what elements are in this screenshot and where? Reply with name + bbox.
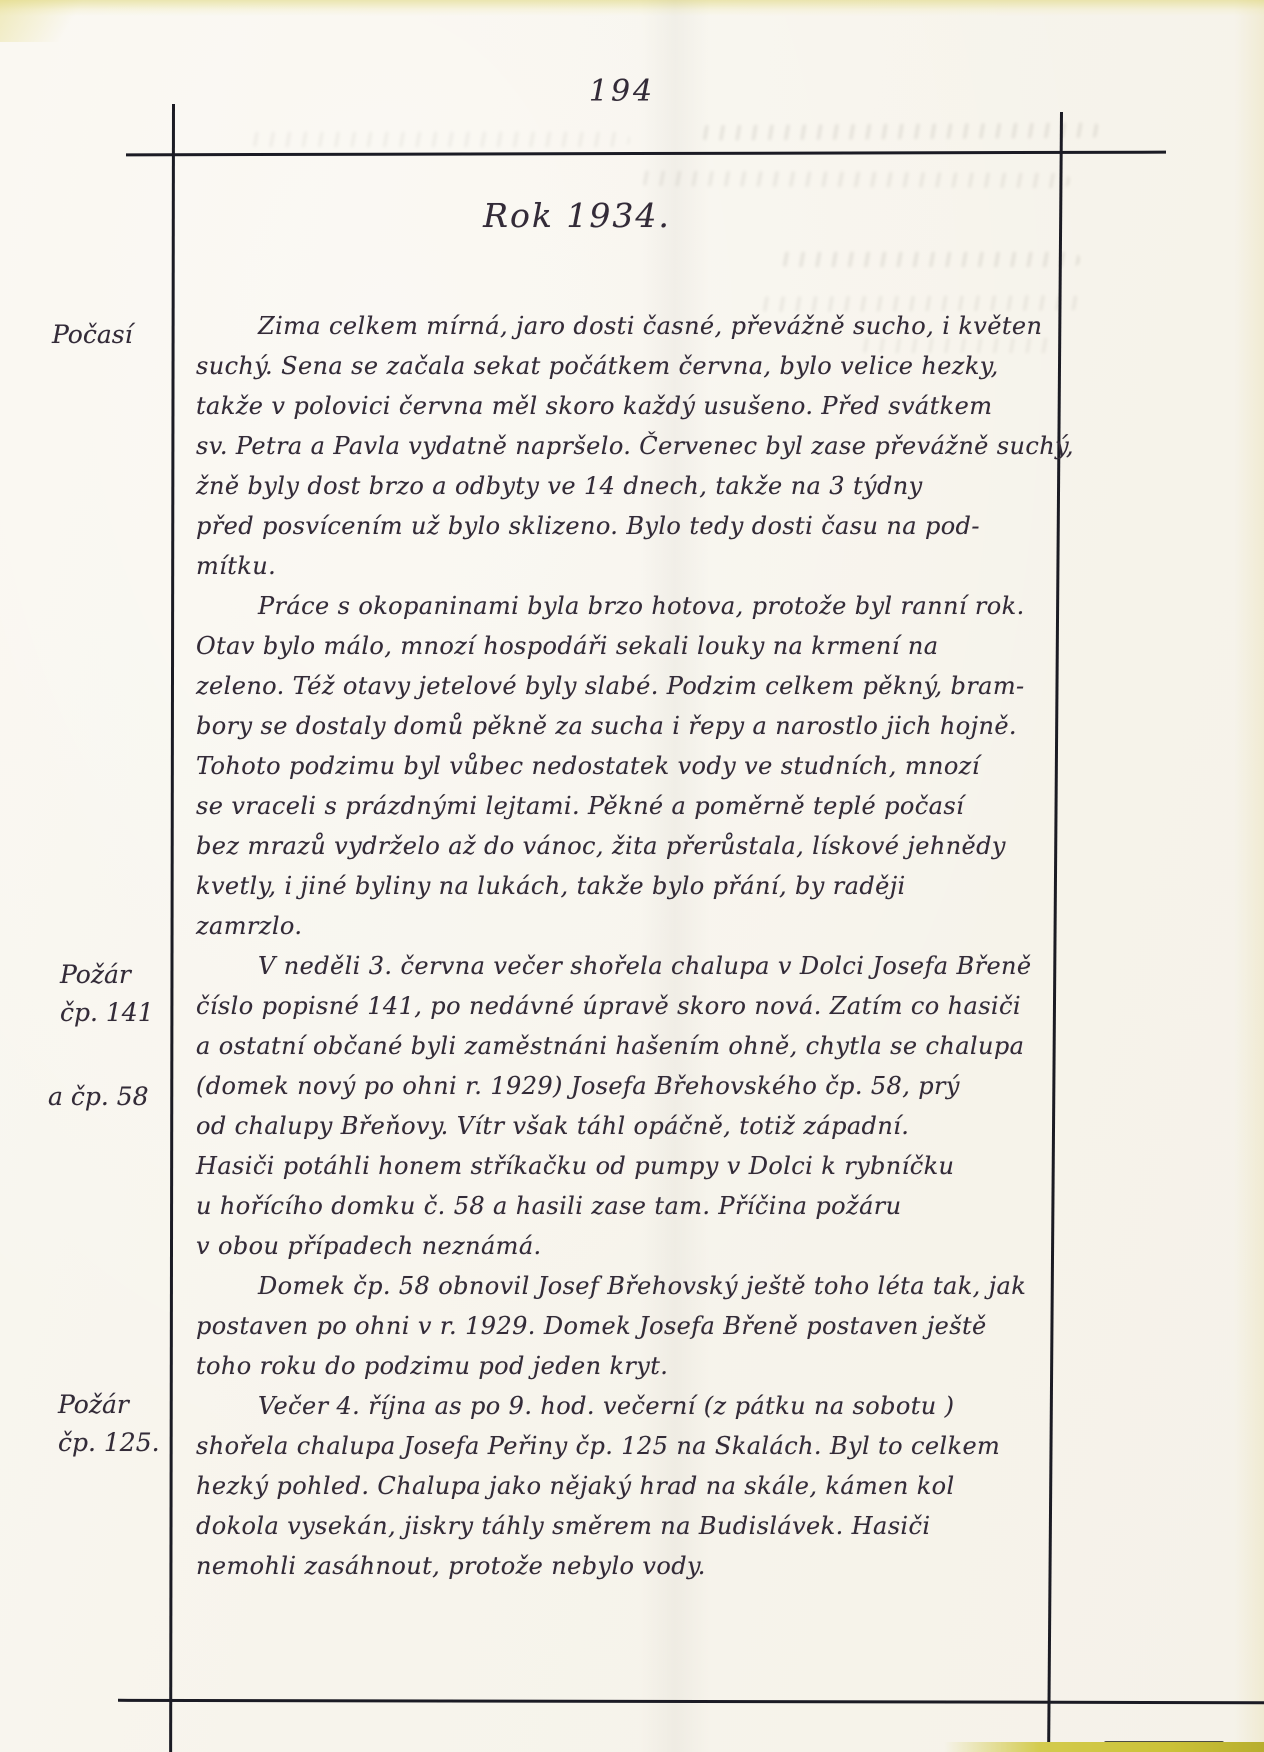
chronicle-text: Zima celkem mírná, jaro dosti časné, pře… — [196, 306, 1076, 1586]
paragraph-fire-141-58: V neděli 3. června večer shořela chalupa… — [196, 946, 1076, 1266]
margin-note-fire-125: Požár čp. 125. — [58, 1386, 208, 1462]
page-title: Rok 1934. — [0, 196, 1264, 235]
ink-bleed-through — [250, 132, 630, 147]
scan-edge-bottom-right — [944, 1742, 1264, 1752]
ink-bleed-through — [640, 171, 1070, 188]
margin-note-and-58: a čp. 58 — [48, 1078, 198, 1116]
page-number: 194 — [0, 74, 1264, 109]
paragraph-fire-125: Večer 4. října as po 9. hod. večerní (z … — [196, 1386, 1076, 1586]
scan-corner-top-left — [0, 0, 96, 42]
chronicle-page-scan: 194 Rok 1934. Počasí Požár čp. 141 a čp.… — [0, 0, 1264, 1752]
ink-bleed-through — [780, 252, 1080, 267]
margin-note-weather: Počasí — [52, 316, 202, 354]
ink-bleed-through — [700, 123, 1100, 141]
paragraph-weather: Zima celkem mírná, jaro dosti časné, pře… — [196, 306, 1076, 586]
margin-note-fire-141: Požár čp. 141 — [60, 956, 210, 1032]
paragraph-field-work: Práce s okopaninami byla brzo hotova, pr… — [196, 586, 1076, 946]
paragraph-rebuilding: Domek čp. 58 obnovil Josef Břehovský ješ… — [196, 1266, 1076, 1386]
scan-edge-top — [0, 0, 1264, 16]
